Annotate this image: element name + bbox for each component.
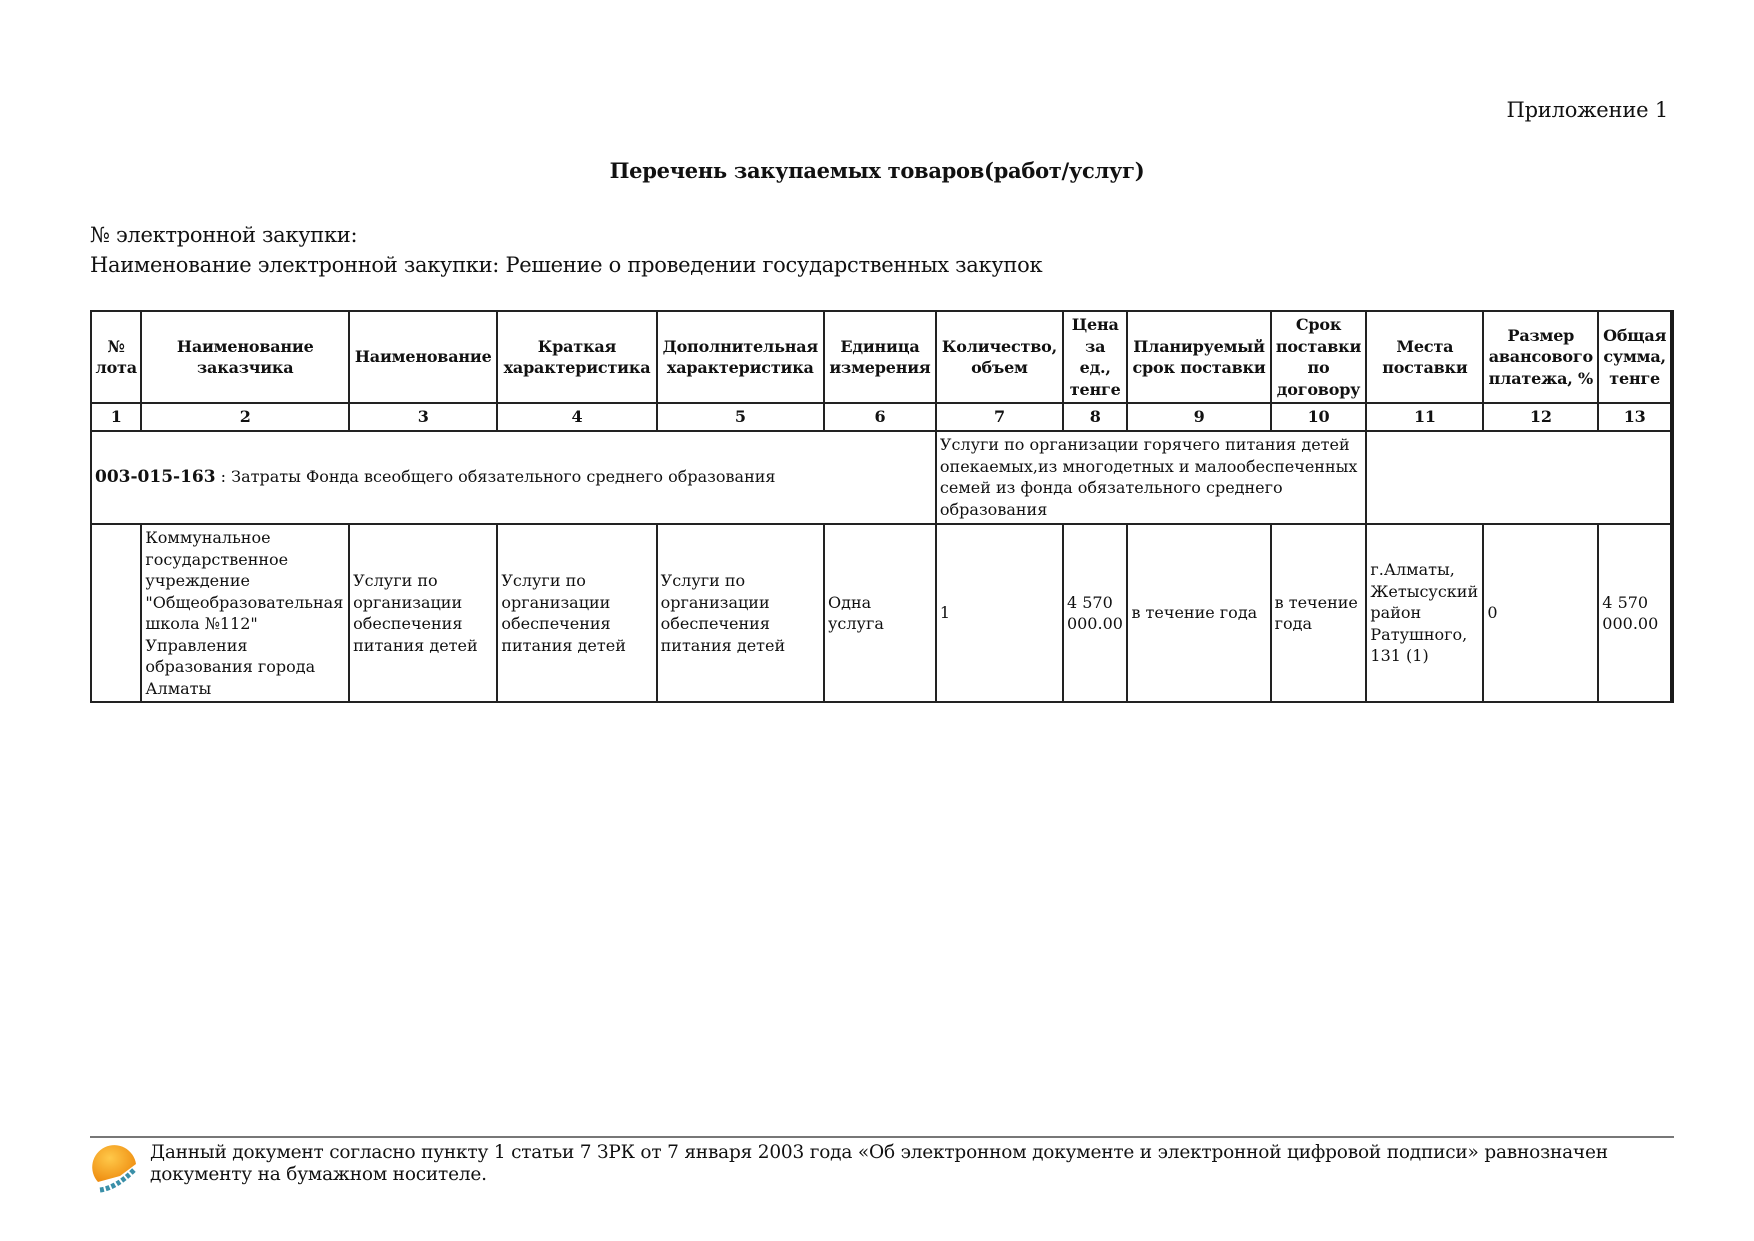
appendix-label: Приложение 1 xyxy=(1506,98,1668,122)
column-header: Единица измерения xyxy=(824,311,936,403)
cell-quantity: 1 xyxy=(936,524,1063,702)
procurement-name-label: Наименование электронной закупки: Решени… xyxy=(90,250,1042,280)
column-header: Цена за ед., тенге xyxy=(1063,311,1128,403)
column-header: Дополнительная характеристика xyxy=(657,311,824,403)
budget-group-cell: 003-015-163 : Затраты Фонда всеобщего об… xyxy=(91,431,936,524)
egov-seal-icon xyxy=(90,1142,142,1194)
column-number: 10 xyxy=(1271,403,1367,431)
cell-short-char: Услуги по организации обеспечения питани… xyxy=(497,524,656,702)
cell-name: Услуги по организации обеспечения питани… xyxy=(349,524,497,702)
cell-total: 4 570 000.00 xyxy=(1598,524,1672,702)
cell-delivery-place: г.Алматы, Жетысуский район Ратушного, 13… xyxy=(1366,524,1483,702)
column-header: Количество, объем xyxy=(936,311,1063,403)
cell-lot-no xyxy=(91,524,141,702)
column-number: 8 xyxy=(1063,403,1128,431)
column-number: 12 xyxy=(1483,403,1598,431)
page-title: Перечень закупаемых товаров(работ/услуг) xyxy=(0,158,1754,183)
cell-extra-char: Услуги по организации обеспечения питани… xyxy=(657,524,824,702)
budget-extra-cell xyxy=(1366,431,1672,524)
lots-table: № лота Наименование заказчика Наименован… xyxy=(90,310,1674,703)
column-number: 7 xyxy=(936,403,1063,431)
footer-divider xyxy=(90,1136,1674,1138)
procurement-number-label: № электронной закупки: xyxy=(90,220,1042,250)
cell-unit: Одна услуга xyxy=(824,524,936,702)
column-number: 9 xyxy=(1127,403,1270,431)
column-header: Краткая характеристика xyxy=(497,311,656,403)
column-number: 2 xyxy=(141,403,349,431)
column-number: 6 xyxy=(824,403,936,431)
column-header: Планируемый срок поставки xyxy=(1127,311,1270,403)
column-number: 4 xyxy=(497,403,656,431)
column-number: 1 xyxy=(91,403,141,431)
column-header: Наименование xyxy=(349,311,497,403)
budget-services-cell: Услуги по организации горячего питания д… xyxy=(936,431,1367,524)
column-header: Наименование заказчика xyxy=(141,311,349,403)
column-header: Размер авансового платежа, % xyxy=(1483,311,1598,403)
budget-code: 003-015-163 xyxy=(95,467,216,487)
legal-notice: Данный документ согласно пункту 1 статьи… xyxy=(150,1142,1680,1186)
budget-group-row: 003-015-163 : Затраты Фонда всеобщего об… xyxy=(91,431,1672,524)
column-number: 5 xyxy=(657,403,824,431)
table-row: Коммунальное государственное учреждение … xyxy=(91,524,1672,702)
footer: Данный документ согласно пункту 1 статьи… xyxy=(90,1142,1680,1194)
column-number: 11 xyxy=(1366,403,1483,431)
column-header: Общая сумма, тенге xyxy=(1598,311,1672,403)
cell-contract-term: в течение года xyxy=(1271,524,1367,702)
procurement-meta: № электронной закупки: Наименование элек… xyxy=(90,220,1042,280)
column-header: Срок поставки по договору xyxy=(1271,311,1367,403)
column-number: 3 xyxy=(349,403,497,431)
cell-unit-price: 4 570 000.00 xyxy=(1063,524,1128,702)
budget-description: : Затраты Фонда всеобщего обязательного … xyxy=(216,467,776,486)
table-header-row: № лота Наименование заказчика Наименован… xyxy=(91,311,1672,403)
column-header: № лота xyxy=(91,311,141,403)
cell-planned-term: в течение года xyxy=(1127,524,1270,702)
cell-customer: Коммунальное государственное учреждение … xyxy=(141,524,349,702)
column-number-row: 1 2 3 4 5 6 7 8 9 10 11 12 13 xyxy=(91,403,1672,431)
column-number: 13 xyxy=(1598,403,1672,431)
column-header: Места поставки xyxy=(1366,311,1483,403)
cell-advance: 0 xyxy=(1483,524,1598,702)
